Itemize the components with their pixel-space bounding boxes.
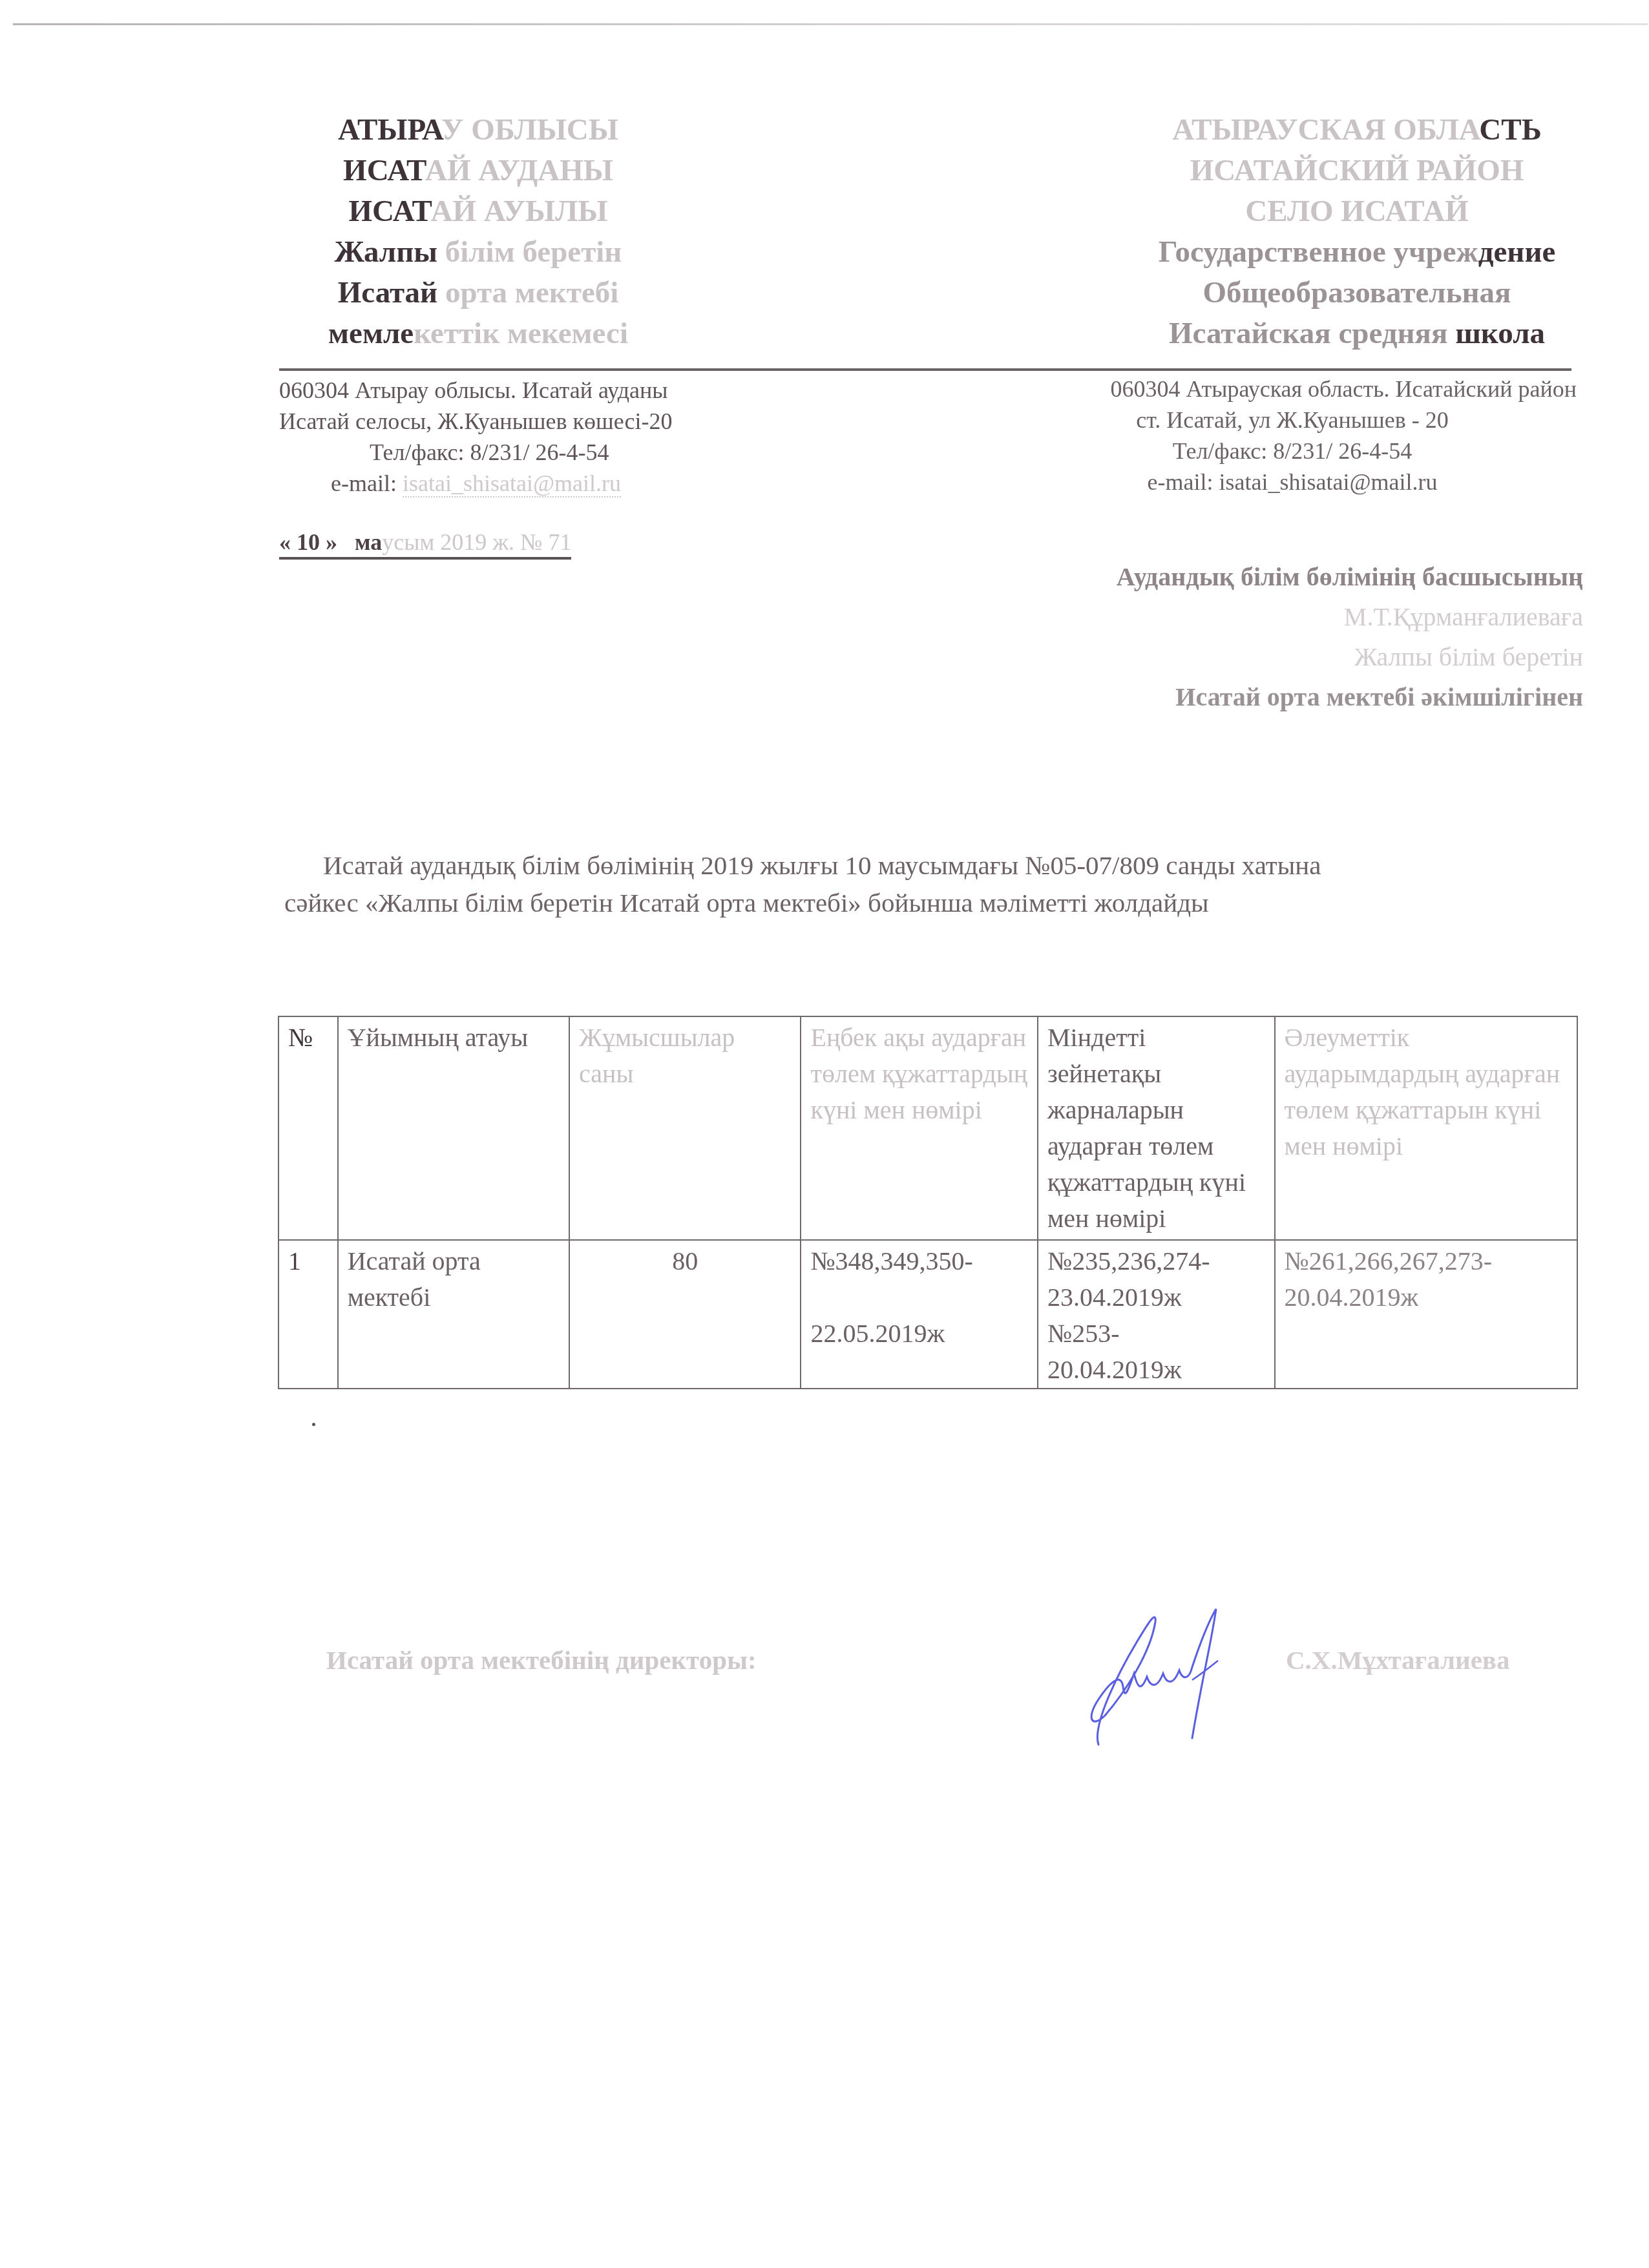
letterhead-kz-line: Исатай орта мектебі — [284, 273, 672, 313]
signatory-title: Исатай орта мектебінің директоры: — [326, 1644, 757, 1675]
cell-salary-docs: №348,349,350- 22.05.2019ж — [801, 1240, 1038, 1389]
header-pension-docs: Міндетті зейнетақы жарналарын аударған т… — [1038, 1016, 1275, 1240]
letterhead-ru-line: Общеобразовательная — [1124, 273, 1590, 313]
phone-fax: Тел/факс: 8/231/ 26-4-54 — [1008, 436, 1577, 467]
letterhead-divider — [279, 368, 1571, 371]
header-workers: Жұмысшылар саны — [569, 1016, 801, 1240]
table-header-row: № Ұйымның атауы Жұмысшылар саны Еңбек ақ… — [278, 1016, 1577, 1240]
letterhead-ru-line: Исатайская средняя школа — [1124, 313, 1590, 354]
cell-pension-docs: №235,236,274- 23.04.2019ж №253- 20.04.20… — [1038, 1240, 1275, 1389]
addressee-line: М.Т.Құрманғалиеваға — [905, 597, 1583, 637]
address-russian: 060304 Атырауская область. Исатайский ра… — [1008, 373, 1577, 498]
handwritten-signature-icon — [1047, 1596, 1318, 1758]
letterhead-kz-line: ИСАТАЙ АУЫЛЫ — [284, 191, 672, 232]
email-line: e-mail: isatai_shisatai@mail.ru — [1008, 467, 1577, 498]
letterhead-ru-line: АТЫРАУСКАЯ ОБЛАСТЬ — [1124, 110, 1590, 151]
signatory-name: С.Х.Мұхтағалиева — [1286, 1644, 1509, 1675]
header-organization: Ұйымның атауы — [338, 1016, 569, 1240]
cell-workers: 80 — [569, 1240, 801, 1389]
body-line: Исатай аудандық білім бөлімінің 2019 жыл… — [284, 846, 1590, 884]
table-row: 1 Исатай орта мектебі 80 №348,349,350- 2… — [278, 1240, 1577, 1389]
letterhead-kazakh: АТЫРАУ ОБЛЫСЫ ИСАТАЙ АУДАНЫ ИСАТАЙ АУЫЛЫ… — [284, 110, 672, 354]
letterhead-kz-line: ИСАТАЙ АУДАНЫ — [284, 151, 672, 191]
document-reference: « 10 » маусым 2019 ж. № 71 — [279, 529, 571, 560]
header-social-docs: Әлеуметтік аударымдардың аударған төлем … — [1275, 1016, 1577, 1240]
cell-organization: Исатай орта мектебі — [338, 1240, 569, 1389]
email-line: e-mail: isatai_shisatai@mail.ru — [279, 468, 783, 499]
email-link[interactable]: isatai_shisatai@mail.ru — [403, 470, 621, 498]
addressee-line: Аудандық білім бөлімінің басшысының — [905, 557, 1583, 597]
address-line: ст. Исатай, ул Ж.Куанышев - 20 — [1008, 404, 1577, 436]
letterhead-ru-line: СЕЛО ИСАТАЙ — [1124, 191, 1590, 232]
letter-body: Исатай аудандық білім бөлімінің 2019 жыл… — [284, 846, 1590, 921]
letterhead-kz-line: мемлекеттік мекемесі — [284, 313, 672, 354]
cell-social-docs: №261,266,267,273- 20.04.2019ж — [1275, 1240, 1577, 1389]
address-kazakh: 060304 Атырау облысы. Исатай ауданы Исат… — [279, 375, 783, 499]
reference-day: « 10 » — [279, 529, 337, 555]
header-number: № — [278, 1016, 338, 1240]
phone-fax: Тел/факс: 8/231/ 26-4-54 — [279, 437, 783, 468]
letterhead-kz-line: АТЫРАУ ОБЛЫСЫ — [284, 110, 672, 151]
addressee-block: Аудандық білім бөлімінің басшысының М.Т.… — [905, 557, 1583, 717]
letterhead-russian: АТЫРАУСКАЯ ОБЛАСТЬ ИСАТАЙСКИЙ РАЙОН СЕЛО… — [1124, 110, 1590, 354]
address-line: 060304 Атырау облысы. Исатай ауданы — [279, 375, 783, 406]
letterhead-ru-line: Государственное учреждение — [1124, 232, 1590, 273]
body-line: сәйкес «Жалпы білім беретін Исатай орта … — [284, 884, 1590, 921]
address-line: 060304 Атырауская область. Исатайский ра… — [1008, 373, 1577, 404]
addressee-line: Исатай орта мектебі әкімшілігінен — [905, 677, 1583, 717]
addressee-line: Жалпы білім беретін — [905, 637, 1583, 677]
stray-dot — [312, 1423, 315, 1426]
letterhead-kz-line: Жалпы білім беретін — [284, 232, 672, 273]
scan-artifact-line — [13, 23, 1648, 25]
header-salary-docs: Еңбек ақы аударған төлем құжаттардың күн… — [801, 1016, 1038, 1240]
payments-table: № Ұйымның атауы Жұмысшылар саны Еңбек ақ… — [278, 1016, 1578, 1389]
letterhead-ru-line: ИСАТАЙСКИЙ РАЙОН — [1124, 151, 1590, 191]
address-line: Исатай селосы, Ж.Куанышев көшесі-20 — [279, 406, 783, 437]
cell-number: 1 — [278, 1240, 338, 1389]
